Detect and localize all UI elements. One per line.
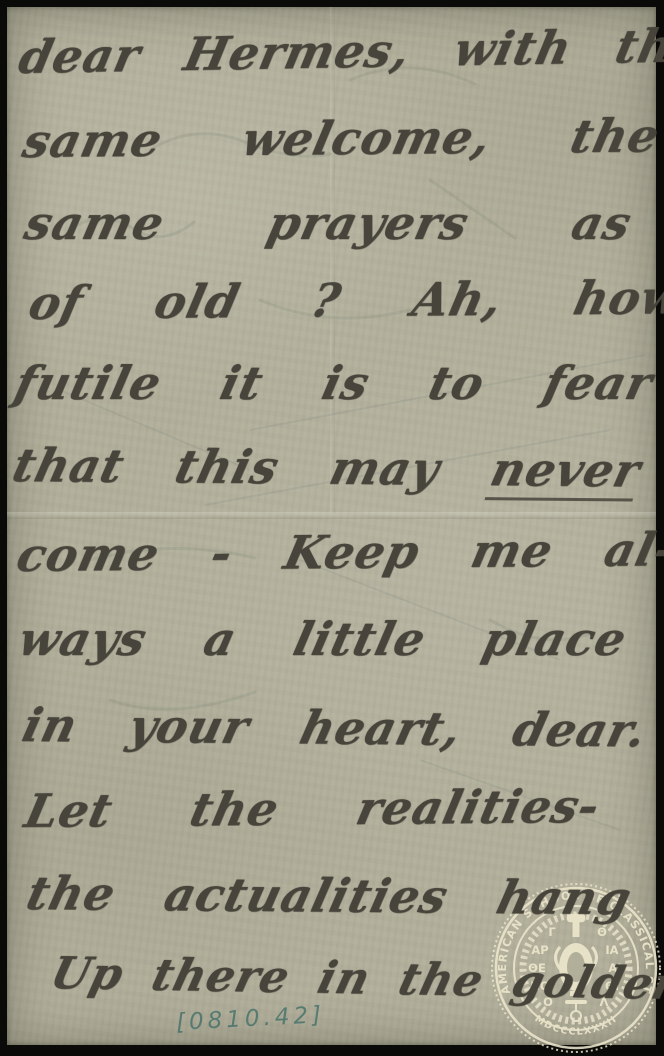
line-text: that this may — [8, 438, 499, 496]
handwriting-line: Let the realities- — [20, 779, 605, 838]
handwriting-line: same welcome, the — [18, 108, 664, 168]
line-text: futile it is to fear — [10, 356, 658, 410]
line-text: same prayers as — [20, 196, 637, 250]
handwriting-layer: dear Hermes, with the same welcome, the … — [0, 0, 664, 1056]
line-text: in your heart, dear. — [18, 698, 653, 757]
underlined-word: never — [485, 442, 647, 501]
handwriting-line: dear Hermes, with the — [14, 18, 664, 84]
handwriting-line: same prayers as — [20, 196, 637, 250]
line-text: same welcome, the — [18, 108, 664, 168]
handwriting-line: Up there in the golden — [46, 948, 664, 1010]
line-text: Up there in the golden — [46, 948, 664, 1010]
handwriting-line: the actualities hang — [22, 866, 638, 925]
handwriting-line: come - Keep me al- — [12, 522, 664, 582]
scanned-letter-page: AMERICAN SCHOOL OF CLASSICAL STUDIES AT … — [0, 0, 664, 1056]
line-text: come - Keep me al- — [12, 522, 664, 582]
line-text: the actualities hang — [22, 866, 638, 925]
line-text: Let the realities- — [20, 779, 605, 838]
line-text: of old ? Ah, how — [24, 270, 664, 330]
line-text: dear Hermes, with the — [14, 18, 664, 84]
handwriting-line: futile it is to fear — [10, 356, 658, 410]
handwriting-line: that this may never — [8, 438, 647, 497]
line-text: ways a little place — [14, 612, 632, 666]
handwriting-line: ways a little place — [14, 612, 632, 666]
handwriting-line: in your heart, dear. — [18, 698, 653, 757]
handwriting-line: of old ? Ah, how — [24, 270, 664, 330]
